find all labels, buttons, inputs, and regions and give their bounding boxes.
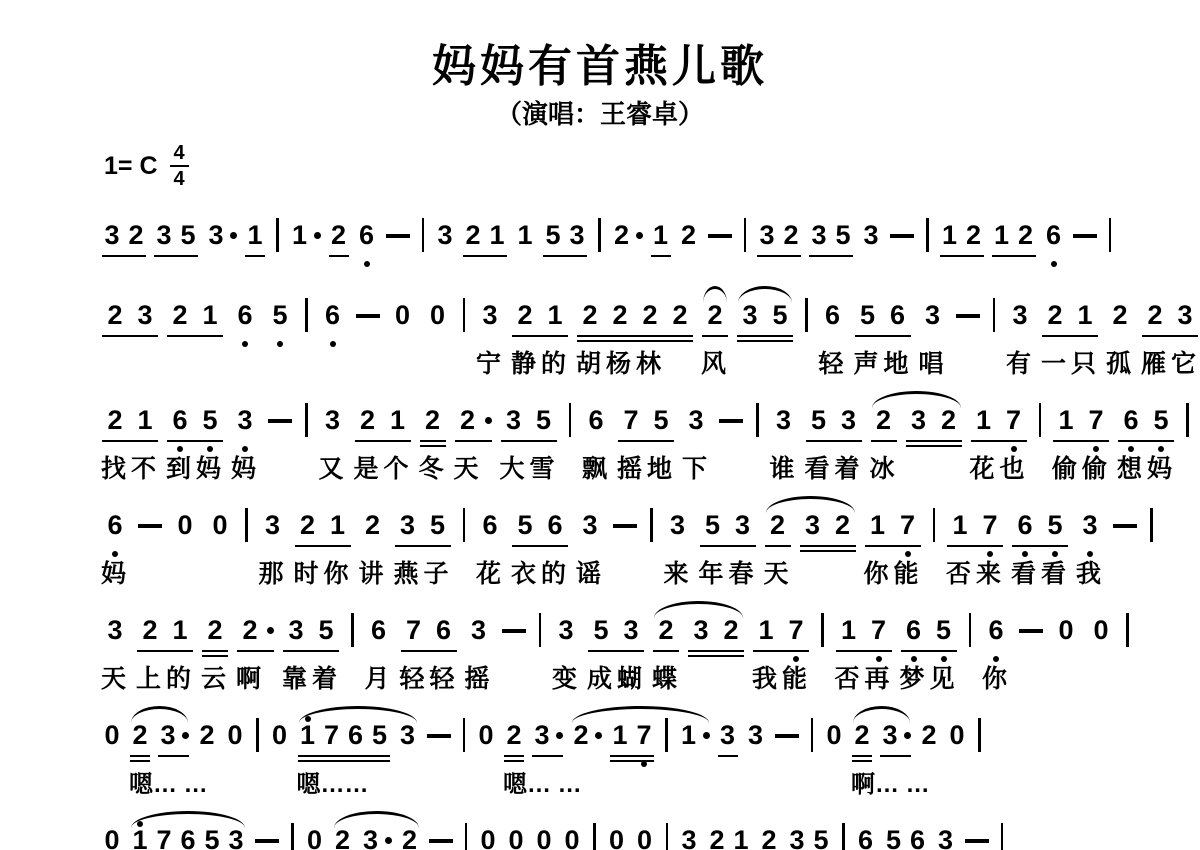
barline <box>351 613 354 647</box>
barline <box>926 218 929 252</box>
barline <box>1126 613 1129 647</box>
lyric: 那 <box>259 554 289 590</box>
slur-arc <box>131 706 188 723</box>
lyric: 看看 <box>1011 554 1071 590</box>
note-group: 35 <box>807 218 855 252</box>
note-digit: 3 <box>807 218 831 252</box>
lyric: 轻轻 <box>400 659 460 695</box>
note-digit: 7 <box>999 403 1029 437</box>
note-group: 21一只 <box>1040 298 1100 332</box>
lyric: 嗯… … <box>503 764 582 799</box>
note-digit: 2 <box>100 403 130 437</box>
augmentation-dot <box>483 403 494 437</box>
lyric: 冬 <box>419 449 449 485</box>
note-digit: 6 <box>883 298 913 332</box>
note-digit: 1 <box>323 508 353 542</box>
note-group: 2 <box>327 218 351 252</box>
note-digit: 2 <box>235 613 265 647</box>
duration-dash <box>775 734 799 738</box>
note-group: 6妈 <box>100 508 130 542</box>
duration-dash <box>719 419 743 423</box>
note-digit: 5 <box>853 298 883 332</box>
note-digit: 1 <box>969 403 999 437</box>
note-digit: 2 <box>461 218 485 252</box>
note-group: 0 <box>474 718 498 752</box>
note-group: 21 <box>165 298 225 332</box>
lyric: 天 <box>764 554 794 590</box>
augmentation-dot <box>902 718 913 752</box>
note-digit: 6 <box>1116 403 1146 437</box>
note-group: 3 <box>878 718 913 752</box>
lyric: 梦见 <box>900 659 960 695</box>
lyric: 嗯…… <box>297 764 369 799</box>
note-group: 6花 <box>475 508 505 542</box>
note-digit: 5 <box>1040 508 1070 542</box>
duration-dash <box>386 234 410 238</box>
note-group: 65到妈 <box>165 403 225 437</box>
note-digit: 3 <box>834 403 864 437</box>
duration-dash <box>502 629 526 633</box>
duration-dash <box>1113 524 1137 528</box>
note-digit: 2 <box>358 508 388 542</box>
rest-note: 0 <box>560 823 584 850</box>
lyric: 我 <box>1076 554 1106 590</box>
key-time-signature: 1= C 4 4 <box>104 146 1200 186</box>
barline <box>593 823 596 850</box>
lyric: 胡杨林 <box>576 344 666 380</box>
note-digit: 2 <box>353 403 383 437</box>
note-digit: 3 <box>686 613 716 647</box>
performer-credit: （演唱：王睿卓） <box>0 98 1200 130</box>
note-digit: 2 <box>705 823 729 850</box>
barline <box>1001 823 1004 850</box>
barline <box>1150 508 1153 542</box>
note-digit: 2 <box>716 613 746 647</box>
note-digit: 2 <box>453 403 483 437</box>
note-group: 75摇地 <box>616 403 676 437</box>
note-group: 2 <box>677 218 701 252</box>
note-group: 0 <box>1086 613 1116 647</box>
note-digit: 3 <box>130 298 160 332</box>
note-group: 0 <box>945 718 969 752</box>
note-group: 17 <box>608 718 656 752</box>
rest-note: 0 <box>532 823 556 850</box>
lyric: 宁 <box>476 344 506 380</box>
lyric: 花 <box>476 554 506 590</box>
note-digit: 1 <box>130 403 160 437</box>
duration-dash <box>613 524 637 528</box>
note-group: 23 <box>100 298 160 332</box>
note-group: 3 <box>677 823 701 850</box>
note-digit: 5 <box>804 403 834 437</box>
lyric: 你能 <box>864 554 924 590</box>
note-digit: 5 <box>1146 403 1176 437</box>
rest-note: 0 <box>223 718 247 752</box>
note-digit: 2 <box>575 298 605 332</box>
note-group: 0 <box>1051 613 1081 647</box>
note-group: 32 <box>904 403 964 437</box>
lyric: 风 <box>701 344 731 380</box>
lyric: 变 <box>552 659 582 695</box>
rest-note: 0 <box>1051 613 1081 647</box>
note-digit: 6 <box>318 298 348 332</box>
note-group: 3 <box>859 218 883 252</box>
note-digit: 7 <box>864 613 894 647</box>
note-group: 3 <box>433 218 457 252</box>
note-group: 6飘 <box>581 403 611 437</box>
note-group: 3下 <box>681 403 711 437</box>
note-digit: 3 <box>728 508 758 542</box>
note-group: 65想妈 <box>1116 403 1176 437</box>
note-digit: 1 <box>1070 298 1100 332</box>
note-digit: 2 <box>677 218 701 252</box>
note-digit: 1 <box>990 218 1014 252</box>
note-digit: 3 <box>575 508 605 542</box>
note-group: 3摇 <box>464 613 494 647</box>
augmentation-dot <box>701 718 712 752</box>
notes-row: 6妈003那21时你2讲35燕子6花56衣的3谣3来53年春2天3217你能17… <box>100 502 1200 542</box>
note-group: 1 <box>677 718 712 752</box>
note-digit: 2 <box>124 218 148 252</box>
note-group: 76轻轻 <box>399 613 459 647</box>
note-group: 1 <box>288 218 323 252</box>
slur-arc <box>853 706 910 723</box>
note-digit: 5 <box>646 403 676 437</box>
rest-note: 0 <box>476 823 500 850</box>
note-group: 3我 <box>1075 508 1105 542</box>
note-group: 35 <box>152 218 200 252</box>
slur-arc <box>766 496 855 513</box>
note-group: 35 <box>785 823 833 850</box>
augmentation-dot <box>228 218 239 252</box>
note-digit: 2 <box>850 718 874 752</box>
note-group: 0 <box>223 718 247 752</box>
sheet-music-page: 妈妈有首燕儿歌 （演唱：王睿卓） 1= C 4 4 32353112632115… <box>0 0 1200 850</box>
lyric: 燕子 <box>394 554 454 590</box>
note-group: 0 <box>822 718 846 752</box>
note-group: 3 <box>934 823 958 850</box>
rest-note: 0 <box>423 298 453 332</box>
note-digit: 3 <box>735 298 765 332</box>
note-digit: 1 <box>288 218 312 252</box>
note-group: 32 <box>100 218 148 252</box>
note-digit: 5 <box>368 718 392 752</box>
note-group: 0 <box>100 823 124 850</box>
note-group: 3 <box>396 718 420 752</box>
note-group: 23雁它 <box>1140 298 1200 332</box>
note-group: 53 <box>541 218 589 252</box>
note-group: 3天 <box>100 613 130 647</box>
duration-dash <box>429 839 453 843</box>
barline <box>422 218 425 252</box>
note-digit: 5 <box>195 403 225 437</box>
note-digit: 3 <box>475 298 505 332</box>
lyric: 一只 <box>1041 344 1101 380</box>
barline <box>465 823 468 850</box>
note-group: 21找不 <box>100 403 160 437</box>
lyric: 冰 <box>870 449 900 485</box>
note-group: 3谁 <box>769 403 799 437</box>
note-group: 56声地 <box>853 298 913 332</box>
note-digit: 3 <box>433 218 457 252</box>
note-digit: 1 <box>608 718 632 752</box>
note-digit: 2 <box>917 718 941 752</box>
barline <box>744 218 747 252</box>
note-group: 35燕子 <box>393 508 453 542</box>
note-digit: 3 <box>551 613 581 647</box>
note-group: 1 <box>513 218 537 252</box>
lyric: 天 <box>101 659 131 695</box>
rest-note: 0 <box>303 823 327 850</box>
note-digit: 2 <box>128 718 152 752</box>
note-digit: 7 <box>616 403 646 437</box>
note-digit: 5 <box>831 218 855 252</box>
note-digit: 1 <box>938 218 962 252</box>
augmentation-dot <box>634 218 645 252</box>
note-digit: 1 <box>863 508 893 542</box>
note-digit: 6 <box>906 823 930 850</box>
slur-arc <box>572 706 709 723</box>
notes-row: 3235311263211532123235312126 <box>100 212 1200 252</box>
slur-arc <box>334 811 419 828</box>
rest-note: 0 <box>205 508 235 542</box>
note-group: 6轻 <box>818 298 848 332</box>
note-digit: 2 <box>700 298 730 332</box>
note-digit: 2 <box>1105 298 1135 332</box>
note-group: 0 <box>633 823 657 850</box>
rest-note: 0 <box>945 718 969 752</box>
lyric: 谁 <box>770 449 800 485</box>
rest-note: 0 <box>605 823 629 850</box>
note-digit: 6 <box>899 613 929 647</box>
barline <box>842 823 845 850</box>
note-digit: 2 <box>502 718 526 752</box>
duration-dash <box>268 419 292 423</box>
note-group: 12 <box>990 218 1038 252</box>
note-digit: 3 <box>100 613 130 647</box>
lyric: 成蝴 <box>587 659 647 695</box>
rest-note: 0 <box>633 823 657 850</box>
note-group: 3那 <box>258 508 288 542</box>
note-digit: 3 <box>204 218 228 252</box>
note-group: 17否来 <box>945 508 1005 542</box>
note-group: 6 <box>1042 218 1066 252</box>
note-digit: 2 <box>1040 298 1070 332</box>
note-group: 53年春 <box>698 508 758 542</box>
score-line: 2321656003宁21静的2222胡杨林2风356轻56声地3唱3有21一只… <box>100 292 1200 370</box>
note-digit: 7 <box>399 613 429 647</box>
note-group: 17偷偷 <box>1051 403 1111 437</box>
notes-row: 02嗯… …32001765嗯……302嗯… …321713302啊… …320 <box>100 712 1200 752</box>
barline <box>539 613 542 647</box>
note-digit: 3 <box>281 613 311 647</box>
time-signature-denominator: 4 <box>170 167 189 189</box>
barline <box>1039 403 1042 437</box>
note-group: 3 <box>716 718 740 752</box>
duration-dash <box>708 234 732 238</box>
note-digit: 3 <box>785 823 809 850</box>
note-group: 17你能 <box>863 508 923 542</box>
rest-note: 0 <box>268 718 292 752</box>
note-group: 0 <box>100 718 124 752</box>
lyric: 找不 <box>101 449 161 485</box>
note-group: 21静的 <box>510 298 570 332</box>
note-digit: 5 <box>265 298 295 332</box>
barline <box>933 508 936 542</box>
barline <box>805 298 808 332</box>
lyric: 孤 <box>1106 344 1136 380</box>
note-group: 0 <box>560 823 584 850</box>
barline <box>291 823 294 850</box>
note-group: 2 <box>757 823 781 850</box>
note-digit: 5 <box>765 298 795 332</box>
note-group: 35大雪 <box>499 403 559 437</box>
note-group: 3宁 <box>475 298 505 332</box>
note-digit: 3 <box>393 508 423 542</box>
note-digit: 2 <box>665 298 695 332</box>
note-group: 2蝶 <box>651 613 681 647</box>
note-digit: 7 <box>893 508 923 542</box>
lyric: 时你 <box>294 554 354 590</box>
note-digit: 2 <box>418 403 448 437</box>
note-group: 0 <box>268 718 292 752</box>
duration-dash <box>1019 629 1043 633</box>
note-digit: 3 <box>499 403 529 437</box>
note-digit: 5 <box>423 508 453 542</box>
note-digit: 5 <box>510 508 540 542</box>
note-group: 2冰 <box>869 403 899 437</box>
note-digit: 3 <box>318 403 348 437</box>
barline <box>256 718 259 752</box>
lyric: 啊… … <box>851 764 930 799</box>
note-digit: 6 <box>355 218 379 252</box>
lyric: 声地 <box>854 344 914 380</box>
note-digit: 2 <box>135 613 165 647</box>
note-group: 0 <box>605 823 629 850</box>
song-title: 妈妈有首燕儿歌 <box>0 42 1200 92</box>
lyric: 衣的 <box>511 554 571 590</box>
lyric: 雁它 <box>1141 344 1200 380</box>
note-digit: 1 <box>195 298 225 332</box>
note-digit: 3 <box>396 718 420 752</box>
note-digit: 5 <box>698 508 728 542</box>
note-digit: 2 <box>962 218 986 252</box>
rest-note: 0 <box>100 718 124 752</box>
note-digit: 3 <box>677 823 701 850</box>
note-digit: 3 <box>755 218 779 252</box>
rest-note: 0 <box>100 823 124 850</box>
score-line: 6妈003那21时你2讲35燕子6花56衣的3谣3来53年春2天3217你能17… <box>100 502 1200 580</box>
barline <box>821 613 824 647</box>
lyric: 靠着 <box>282 659 342 695</box>
note-group: 1 <box>649 218 673 252</box>
note-group: 2啊 <box>235 613 276 647</box>
note-digit: 5 <box>809 823 833 850</box>
note-group: 56衣的 <box>510 508 570 542</box>
note-digit: 2 <box>200 613 230 647</box>
lyric: 妈 <box>231 449 261 485</box>
note-group: 0 <box>303 823 327 850</box>
note-digit: 2 <box>1014 218 1038 252</box>
note-group: 0 <box>388 298 418 332</box>
lyric: 轻 <box>819 344 849 380</box>
note-group: 3谣 <box>575 508 605 542</box>
note-group: 2讲 <box>358 508 388 542</box>
slur-arc <box>654 601 743 618</box>
barline <box>978 718 981 752</box>
barline <box>665 718 668 752</box>
score-line: 3235311263211532123235312126 <box>100 212 1200 252</box>
barline <box>650 508 653 542</box>
note-digit: 2 <box>195 718 219 752</box>
lyric: 否来 <box>946 554 1006 590</box>
note-digit: 6 <box>581 403 611 437</box>
lyric: 偷偷 <box>1052 449 1112 485</box>
note-digit: 6 <box>1010 508 1040 542</box>
note-digit: 2 <box>100 298 130 332</box>
lyric: 下 <box>682 449 712 485</box>
key-label: 1= C <box>104 152 158 181</box>
note-group: 1 <box>243 218 267 252</box>
note-group: 12 <box>938 218 986 252</box>
note-group: 21时你 <box>293 508 353 542</box>
lyric: 云 <box>201 659 231 695</box>
note-group: 6 <box>318 298 348 332</box>
duration-dash <box>138 524 162 528</box>
note-digit: 3 <box>464 613 494 647</box>
note-digit: 2 <box>165 298 195 332</box>
note-digit: 6 <box>818 298 848 332</box>
note-digit: 6 <box>230 298 260 332</box>
rest-note: 0 <box>1086 613 1116 647</box>
barline <box>305 298 308 332</box>
barline <box>969 613 972 647</box>
note-group: 17花也 <box>969 403 1029 437</box>
note-digit: 2 <box>327 218 351 252</box>
barline <box>463 508 466 542</box>
lyric: 摇地 <box>617 449 677 485</box>
note-digit: 3 <box>616 613 646 647</box>
note-group: 0 <box>170 508 200 542</box>
note-group: 6 <box>355 218 379 252</box>
note-digit: 2 <box>869 403 899 437</box>
note-digit: 6 <box>475 508 505 542</box>
score-line: 3天21上的2云2啊35靠着6月76轻轻3摇3变53成蝴2蝶3217我能17否再… <box>100 607 1200 685</box>
note-group: 21 <box>461 218 509 252</box>
note-digit: 6 <box>854 823 878 850</box>
note-group: 0 <box>504 823 528 850</box>
note-digit: 7 <box>1081 403 1111 437</box>
note-group: 0 <box>532 823 556 850</box>
time-signature: 4 4 <box>170 143 189 189</box>
augmentation-dot <box>554 718 565 752</box>
note-group: 65梦见 <box>899 613 959 647</box>
duration-dash <box>965 839 989 843</box>
note-digit: 7 <box>781 613 811 647</box>
note-group: 2 <box>610 218 645 252</box>
lyric: 摇 <box>465 659 495 695</box>
note-group: 35靠着 <box>281 613 341 647</box>
note-group: 2222胡杨林 <box>575 298 695 332</box>
note-digit: 3 <box>1005 298 1035 332</box>
note-group: 1765嗯…… <box>296 718 392 752</box>
note-group: 2 <box>569 718 604 752</box>
note-digit: 1 <box>834 613 864 647</box>
note-digit: 2 <box>934 403 964 437</box>
lyric: 唱 <box>919 344 949 380</box>
note-digit: 1 <box>751 613 781 647</box>
note-digit: 6 <box>364 613 394 647</box>
